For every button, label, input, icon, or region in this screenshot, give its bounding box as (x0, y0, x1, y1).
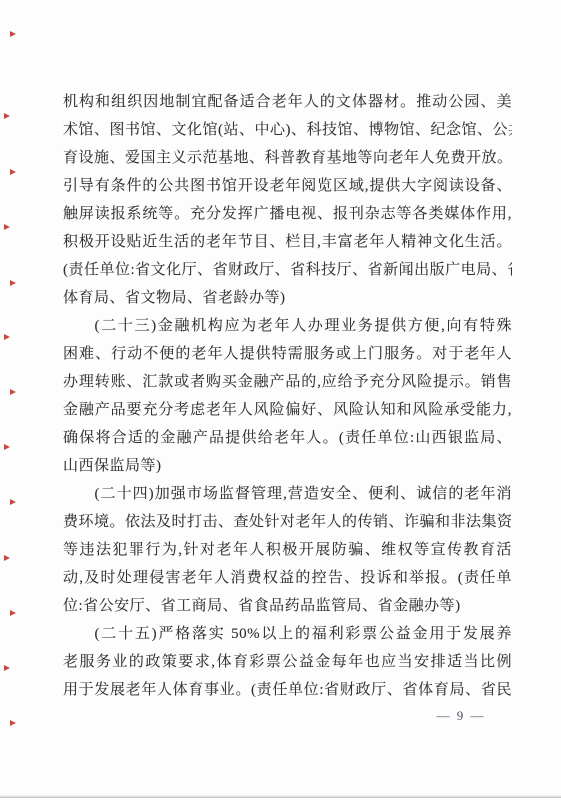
doc-line: 金融产品要充分考虑老年人风险偏好、风险认知和风险承受能力, (63, 396, 512, 424)
edge-mark (4, 224, 10, 230)
edge-mark (4, 334, 10, 340)
doc-line: 老服务业的政策要求,体育彩票公益金每年也应当安排适当比例 (63, 648, 512, 676)
doc-line: 育设施、爱国主义示范基地、科普教育基地等向老年人免费开放。 (63, 144, 512, 172)
doc-line-section-25: (二十五)严格落实 50%以上的福利彩票公益金用于发展养 (63, 620, 512, 648)
edge-mark (4, 665, 10, 671)
edge-mark (10, 169, 16, 175)
doc-line-section-23: (二十三)金融机构应为老年人办理业务提供方便,向有特殊 (63, 312, 512, 340)
doc-line: (责任单位:省文化厅、省财政厅、省科技厅、省新闻出版广电局、省 (63, 256, 512, 284)
edge-mark (4, 444, 10, 450)
doc-line: 体育局、省文物局、省老龄办等) (63, 284, 512, 312)
doc-line: 术馆、图书馆、文化馆(站、中心)、科技馆、博物馆、纪念馆、公共体 (63, 116, 512, 144)
edge-mark (10, 610, 16, 616)
doc-line: 办理转账、汇款或者购买金融产品的,应给予充分风险提示。销售 (63, 368, 512, 396)
doc-line: 用于发展老年人体育事业。(责任单位:省财政厅、省体育局、省民 (63, 676, 512, 704)
edge-mark (4, 555, 10, 561)
page-number: — 9 — (396, 706, 526, 726)
doc-line: 等违法犯罪行为,针对老年人积极开展防骗、维权等宣传教育活 (63, 536, 512, 564)
document-page: 机构和组织因地制宜配备适合老年人的文体器材。推动公园、美 术馆、图书馆、文化馆(… (0, 0, 561, 800)
document-text-block: 机构和组织因地制宜配备适合老年人的文体器材。推动公园、美 术馆、图书馆、文化馆(… (63, 88, 512, 704)
edge-mark (10, 720, 16, 726)
edge-mark (10, 389, 16, 395)
doc-line: 积极开设贴近生活的老年节目、栏目,丰富老年人精神文化生活。 (63, 228, 512, 256)
doc-line: 费环境。依法及时打击、查处针对老年人的传销、诈骗和非法集资 (63, 508, 512, 536)
doc-line: 触屏读报系统等。充分发挥广播电视、报刊杂志等各类媒体作用, (63, 200, 512, 228)
doc-line: 动,及时处理侵害老年人消费权益的控告、投诉和举报。(责任单 (63, 564, 512, 592)
edge-mark (10, 31, 16, 37)
doc-line: 困难、行动不便的老年人提供特需服务或上门服务。对于老年人 (63, 340, 512, 368)
edge-mark (10, 499, 16, 505)
doc-line: 确保将合适的金融产品提供给老年人。(责任单位:山西银监局、 (63, 424, 512, 452)
doc-line: 山西保监局等) (63, 452, 512, 480)
edge-mark (4, 113, 10, 119)
doc-line: 位:省公安厅、省工商局、省食品药品监管局、省金融办等) (63, 592, 512, 620)
doc-line: 引导有条件的公共图书馆开设老年阅览区域,提供大字阅读设备、 (63, 172, 512, 200)
page-edge-shadow (0, 795, 561, 798)
edge-mark (10, 280, 16, 286)
doc-line-section-24: (二十四)加强市场监督管理,营造安全、便利、诚信的老年消 (63, 480, 512, 508)
doc-line: 机构和组织因地制宜配备适合老年人的文体器材。推动公园、美 (63, 88, 512, 116)
